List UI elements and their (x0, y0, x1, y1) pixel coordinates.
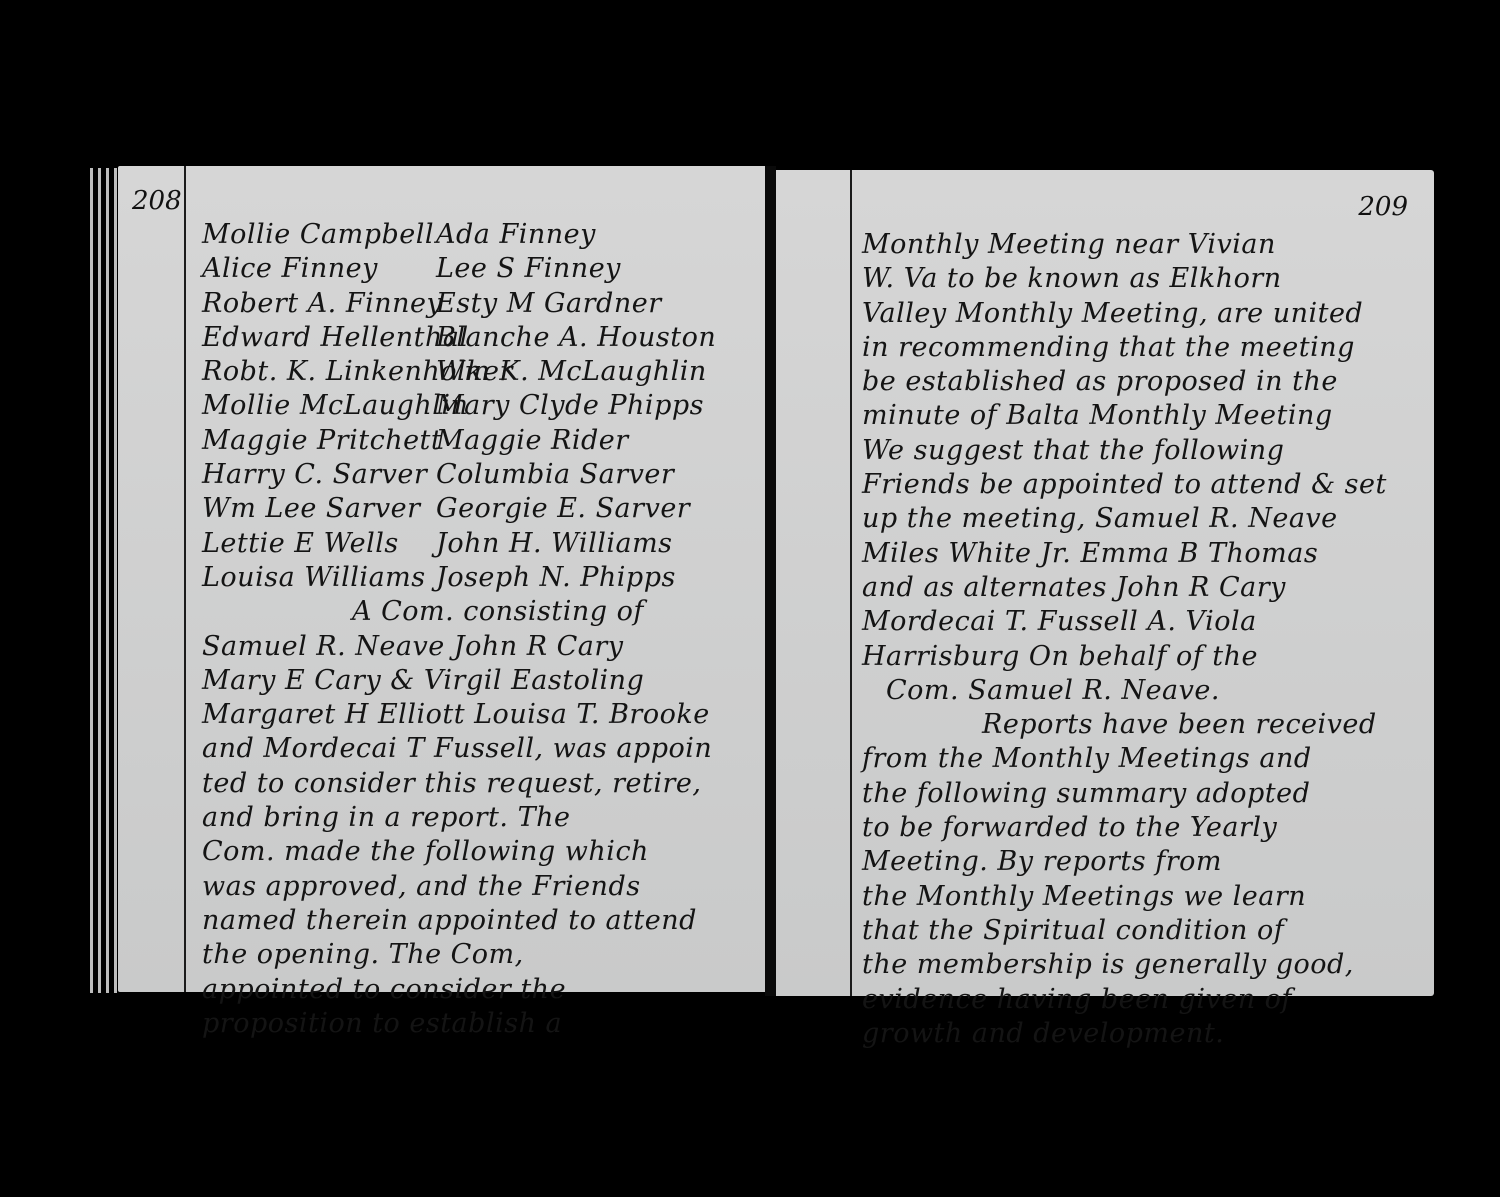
text-line: to be forwarded to the Yearly (862, 811, 1422, 845)
text-line: up the meeting, Samuel R. Neave (862, 502, 1422, 536)
member-name: Columbia Sarver (436, 458, 674, 492)
member-name: Blanche A. Houston (436, 321, 716, 355)
text-line: was approved, and the Friends (202, 870, 762, 904)
text-line: Mary E Cary & Virgil Eastoling (202, 664, 762, 698)
text-line: Reports have been received (862, 708, 1422, 742)
margin-rule (850, 170, 852, 996)
text-line: Samuel R. Neave John R Cary (202, 630, 762, 664)
member-name: Mollie McLaughlin (202, 389, 436, 423)
member-name: Mollie Campbell (202, 218, 436, 252)
member-name: Alice Finney (202, 252, 436, 286)
text-line: the Monthly Meetings we learn (862, 880, 1422, 914)
member-name: Robt. K. Linkenholker (202, 355, 436, 389)
member-name: Wm K. McLaughlin (436, 355, 707, 389)
text-line: proposition to establish a (202, 1007, 762, 1041)
text-line: A Com. consisting of (202, 595, 762, 629)
member-name: Edward Hellenthal (202, 321, 436, 355)
left-page-text: Mollie CampbellAda Finney Alice FinneyLe… (202, 218, 762, 1041)
name-row: Mollie McLaughlinMary Clyde Phipps (202, 389, 762, 423)
member-name: Esty M Gardner (436, 287, 662, 321)
member-name: John H. Williams (436, 527, 673, 561)
text-line: the membership is generally good, (862, 948, 1422, 982)
member-name: Lettie E Wells (202, 527, 436, 561)
text-line: growth and development. (862, 1017, 1422, 1051)
member-name: Wm Lee Sarver (202, 492, 436, 526)
member-name: Maggie Rider (436, 424, 629, 458)
text-line: the following summary adopted (862, 777, 1422, 811)
text-line: Com. made the following which (202, 835, 762, 869)
member-name: Joseph N. Phipps (436, 561, 676, 595)
text-line: W. Va to be known as Elkhorn (862, 262, 1422, 296)
text-line: Friends be appointed to attend & set (862, 468, 1422, 502)
name-row: Lettie E WellsJohn H. Williams (202, 527, 762, 561)
text-line: Harrisburg On behalf of the (862, 640, 1422, 674)
left-page: 208 Mollie CampbellAda Finney Alice Finn… (118, 166, 765, 992)
member-name: Georgie E. Sarver (436, 492, 690, 526)
text-line: We suggest that the following (862, 434, 1422, 468)
text-line: evidence having been given of (862, 983, 1422, 1017)
text-line: from the Monthly Meetings and (862, 742, 1422, 776)
book-binding-edge (86, 168, 122, 993)
text-line: Miles White Jr. Emma B Thomas (862, 537, 1422, 571)
text-line: Mordecai T. Fussell A. Viola (862, 605, 1422, 639)
member-name: Ada Finney (436, 218, 596, 252)
member-name: Mary Clyde Phipps (436, 389, 704, 423)
text-line: the opening. The Com, (202, 938, 762, 972)
name-row: Harry C. SarverColumbia Sarver (202, 458, 762, 492)
name-row: Robert A. FinneyEsty M Gardner (202, 287, 762, 321)
page-number-left: 208 (132, 186, 182, 216)
text-line: and Mordecai T Fussell, was appoin (202, 732, 762, 766)
page-number-right: 209 (1358, 192, 1408, 222)
member-name: Maggie Pritchett (202, 424, 436, 458)
name-row: Robt. K. LinkenholkerWm K. McLaughlin (202, 355, 762, 389)
text-line: named therein appointed to attend (202, 904, 762, 938)
text-line: Monthly Meeting near Vivian (862, 228, 1422, 262)
text-line: Meeting. By reports from (862, 845, 1422, 879)
text-line: that the Spiritual condition of (862, 914, 1422, 948)
name-row: Mollie CampbellAda Finney (202, 218, 762, 252)
name-row: Louisa WilliamsJoseph N. Phipps (202, 561, 762, 595)
margin-rule (184, 166, 186, 992)
name-row: Wm Lee SarverGeorgie E. Sarver (202, 492, 762, 526)
member-name: Harry C. Sarver (202, 458, 436, 492)
text-line: Com. Samuel R. Neave. (862, 674, 1422, 708)
name-row: Alice FinneyLee S Finney (202, 252, 762, 286)
text-line: and bring in a report. The (202, 801, 762, 835)
text-line: Valley Monthly Meeting, are united (862, 297, 1422, 331)
right-page-text: Monthly Meeting near Vivian W. Va to be … (862, 228, 1422, 1051)
right-page: 209 Monthly Meeting near Vivian W. Va to… (776, 170, 1434, 996)
member-name: Lee S Finney (436, 252, 621, 286)
text-line: and as alternates John R Cary (862, 571, 1422, 605)
text-line: in recommending that the meeting (862, 331, 1422, 365)
book-gutter (765, 166, 776, 996)
text-line: be established as proposed in the (862, 365, 1422, 399)
text-line: ted to consider this request, retire, (202, 767, 762, 801)
text-line: appointed to consider the (202, 973, 762, 1007)
name-row: Edward HellenthalBlanche A. Houston (202, 321, 762, 355)
member-name: Robert A. Finney (202, 287, 436, 321)
text-line: Margaret H Elliott Louisa T. Brooke (202, 698, 762, 732)
name-row: Maggie PritchettMaggie Rider (202, 424, 762, 458)
member-name: Louisa Williams (202, 561, 436, 595)
text-line: minute of Balta Monthly Meeting (862, 399, 1422, 433)
